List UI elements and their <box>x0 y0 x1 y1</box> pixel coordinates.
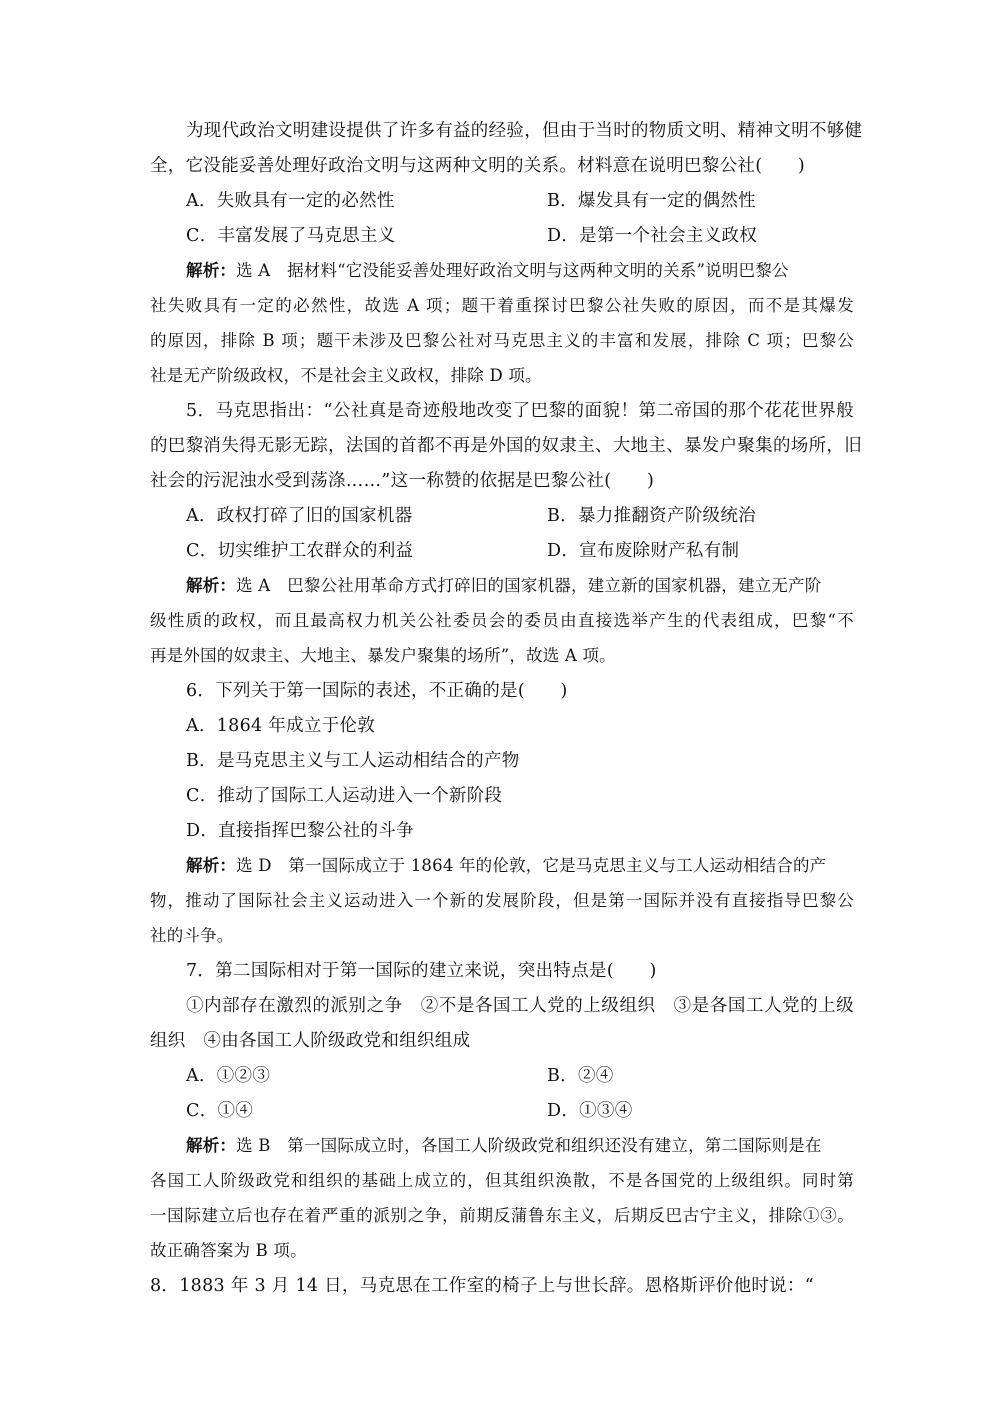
q7-stem-line-1: 7．第二国际相对于第一国际的建立来说，突出特点是( ) <box>186 960 657 982</box>
q7-option-c: C．①④ <box>186 1100 253 1122</box>
q4-analysis-line-1: 解析：选 A 据材料“它没能妥善处理好政治文明与这两种文明的关系”说明巴黎公 <box>186 260 789 282</box>
q7-stem-line-3: 组织 ④由各国工人阶级政党和组织组成 <box>150 1030 470 1052</box>
q6-option-a: A．1864 年成立于伦敦 <box>186 715 375 737</box>
q7-analysis-line-4: 故正确答案为 B 项。 <box>150 1240 307 1262</box>
q4-analysis-line-2: 社失败具有一定的必然性，故选 A 项；题干着重探讨巴黎公社失败的原因，而不是其爆… <box>150 295 854 317</box>
q5-option-c: C．切实维护工农群众的利益 <box>186 540 413 562</box>
q5-option-a: A．政权打碎了旧的国家机器 <box>186 505 413 527</box>
q6-analysis-line-1: 解析：选 D 第一国际成立于 1864 年的伦敦，它是马克思主义与工人运动相结合… <box>186 855 826 877</box>
q7-analysis-line-1: 解析：选 B 第一国际成立时，各国工人阶级政党和组织还没有建立，第二国际则是在 <box>186 1135 822 1157</box>
q5-option-d: D．宣布废除财产私有制 <box>547 540 739 562</box>
q4-stem-line-1: 为现代政治文明建设提供了许多有益的经验，但由于当时的物质文明、精神文明不够健 <box>186 120 854 142</box>
q6-option-b: B．是马克思主义与工人运动相结合的产物 <box>186 750 520 772</box>
q4-option-d: D．是第一个社会主义政权 <box>547 225 757 247</box>
analysis-label: 解析： <box>186 576 236 595</box>
q5-stem-line-2: 的巴黎消失得无影无踪，法国的首都不再是外国的奴隶主、大地主、暴发户聚集的场所，旧 <box>150 435 854 457</box>
q7-option-b: B．②④ <box>547 1065 614 1087</box>
q7-stem-line-2: ①内部存在激烈的派别之争 ②不是各国工人党的上级组织 ③是各国工人党的上级 <box>186 995 854 1017</box>
q5-analysis-line-2: 级性质的政权，而且最高权力机关公社委员会的委员由直接选举产生的代表组成，巴黎“不 <box>150 610 854 632</box>
q5-option-b: B．暴力推翻资产阶级统治 <box>547 505 756 527</box>
analysis-label: 解析： <box>186 1136 236 1155</box>
q4-analysis-line-3: 的原因，排除 B 项；题干未涉及巴黎公社对马克思主义的丰富和发展，排除 C 项；… <box>150 330 854 352</box>
q6-analysis-line-3: 社的斗争。 <box>150 925 234 947</box>
q6-option-d: D．直接指挥巴黎公社的斗争 <box>186 820 414 842</box>
q4-stem-line-2: 全，它没能妥善处理好政治文明与这两种文明的关系。材料意在说明巴黎公社( ) <box>150 155 805 177</box>
q4-option-a: A．失败具有一定的必然性 <box>186 190 395 212</box>
q7-option-d: D．①③④ <box>547 1100 633 1122</box>
q6-analysis-line-2: 物，推动了国际社会主义运动进入一个新的发展阶段，但是第一国际并没有直接指导巴黎公 <box>150 890 854 912</box>
q7-analysis-line-2: 各国工人阶级政党和组织的基础上成立的，但其组织涣散，不是各国党的上级组织。同时第 <box>150 1170 854 1192</box>
analysis-label: 解析： <box>186 261 236 280</box>
q5-analysis-line-1: 解析：选 A 巴黎公社用革命方式打碎旧的国家机器，建立新的国家机器，建立无产阶 <box>186 575 821 597</box>
q4-analysis-line-4: 社是无产阶级政权，不是社会主义政权，排除 D 项。 <box>150 365 542 387</box>
q8-stem-line-1: 8．1883 年 3 月 14 日，马克思在工作室的椅子上与世长辞。恩格斯评价他… <box>150 1275 814 1297</box>
q7-option-a: A．①②③ <box>186 1065 270 1087</box>
q6-stem-line-1: 6．下列关于第一国际的表述，不正确的是( ) <box>186 680 568 702</box>
q4-option-c: C．丰富发展了马克思主义 <box>186 225 396 247</box>
q7-analysis-line-3: 一国际建立后也存在着严重的派别之争，前期反蒲鲁东主义，后期反巴古宁主义，排除①③… <box>150 1205 854 1227</box>
q5-analysis-line-3: 再是外国的奴隶主、大地主、暴发户聚集的场所”，故选 A 项。 <box>150 645 616 667</box>
q6-option-c: C．推动了国际工人运动进入一个新阶段 <box>186 785 502 807</box>
analysis-label: 解析： <box>186 856 236 875</box>
q5-stem-line-1: 5．马克思指出：“公社真是奇迹般地改变了巴黎的面貌！第二帝国的那个花花世界般 <box>186 400 854 422</box>
q5-stem-line-3: 社会的污泥浊水受到荡涤……”这一称赞的依据是巴黎公社( ) <box>150 470 654 492</box>
q4-option-b: B．爆发具有一定的偶然性 <box>547 190 756 212</box>
